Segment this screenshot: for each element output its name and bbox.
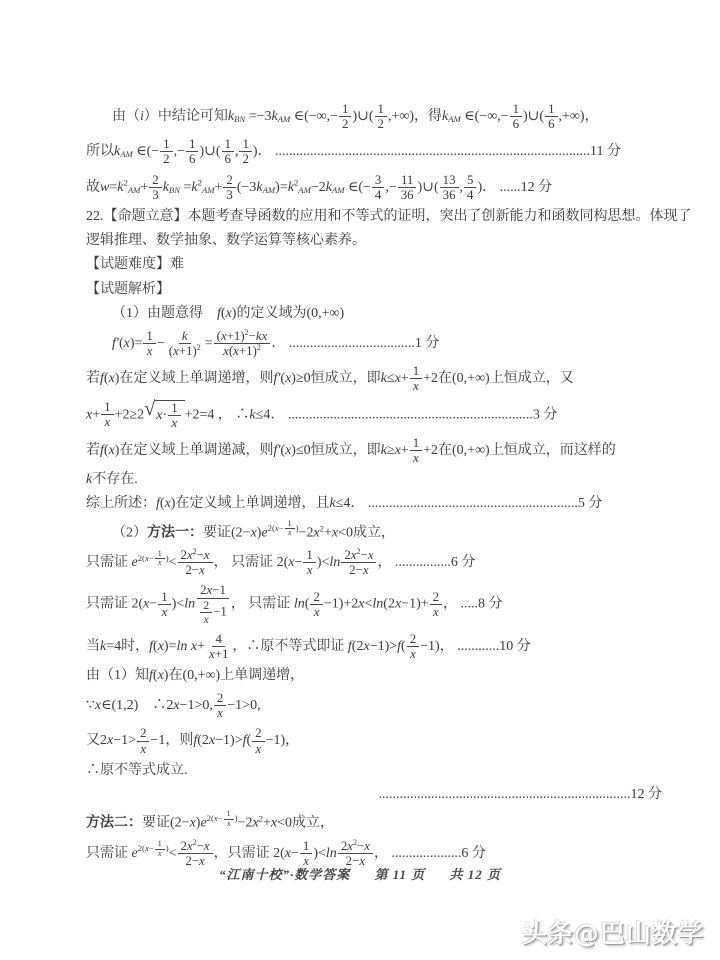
math-line: 若f(x)在定义域上单调递减，则f′(x)≤0恒成立，即k≥x+1x+2在(0,… bbox=[86, 436, 662, 465]
math-line: 当k=4时，f(x)=ln x+4x+1，∴原不等式即证 f(2x−1)>f(2… bbox=[86, 632, 662, 661]
math-line: ∴原不等式成立. bbox=[86, 762, 662, 780]
page-footer: “江南十校”·数学答案 第 11 页 共 12 页 bbox=[0, 864, 720, 883]
math-line: 由（i）中结论可知kBN =−3kAM ∈(−∞,−12)∪(12,+∞)，得k… bbox=[112, 102, 662, 131]
math-line: k不存在. bbox=[86, 471, 662, 489]
content-lines: 由（i）中结论可知kBN =−3kAM ∈(−∞,−12)∪(12,+∞)，得k… bbox=[86, 102, 662, 868]
math-line: 由（1）知f(x)在(0,+∞)上单调递增， bbox=[86, 667, 662, 685]
math-line: ........................................… bbox=[86, 786, 662, 804]
math-line: （1）由题意得 f(x)的定义域为(0,+∞) bbox=[112, 305, 662, 323]
answer-sheet-page: 由（i）中结论可知kBN =−3kAM ∈(−∞,−12)∪(12,+∞)，得k… bbox=[0, 0, 720, 960]
math-line: 所以kAM ∈(−12,−16)∪(16,12)． ..............… bbox=[86, 137, 662, 166]
math-line: x+1x+2≥2√x·1x+2=4 ， ∴k≤4． ..............… bbox=[86, 400, 662, 430]
math-line: 又2x−1>2x−1，则f(2x−1)>f(2x−1)， bbox=[86, 726, 662, 755]
watermark-text: 头条@巴山数学 bbox=[522, 914, 704, 950]
math-line: 只需证 e2(x−1x)<2x2−x2−x， 只需证 2(x−1x)<ln2x2… bbox=[86, 548, 662, 577]
math-line: 若f(x)在定义域上单调递增，则f′(x)≥0恒成立，即k≤x+1x+2在(0,… bbox=[86, 364, 662, 393]
math-line: 【试题难度】难 bbox=[86, 256, 662, 274]
math-line: 逻辑推理、数学抽象、数学运算等核心素养。 bbox=[86, 232, 662, 250]
math-line: 综上所述：f(x)在定义域上单调递增，且k≤4． ...............… bbox=[86, 495, 662, 513]
math-line: 只需证 2(x−1x)<ln2x−12x−1， 只需证 ln(2x−1)+2x<… bbox=[86, 583, 662, 625]
math-line: 故w=k2AM+23kBN =k2AM+23(−3kAM)=k2AM−2kAM … bbox=[86, 173, 662, 202]
math-line: （2）方法一：要证(2−x)e2(x−1x)−2x2+x<0成立， bbox=[112, 520, 662, 543]
math-line: 【试题解析】 bbox=[86, 281, 662, 299]
math-line: f′(x)=1x−k(x+1)2=(x+1)2−kxx(x+1)2． .....… bbox=[112, 329, 662, 358]
math-line: 22.【命题立意】本题考查导函数的应用和不等式的证明，突出了创新能力和函数同构思… bbox=[86, 208, 662, 226]
math-line: ∵x∈(1,2) ∴2x−1>0,2x−1>0, bbox=[86, 691, 662, 720]
footer-total-pages: 共 12 页 bbox=[450, 867, 502, 882]
math-line: 方法二：要证(2−x)e2(x−1x)−2x2+x<0成立， bbox=[86, 810, 662, 833]
footer-page-number: 第 11 页 bbox=[374, 867, 425, 882]
footer-title: “江南十校”·数学答案 bbox=[219, 867, 350, 882]
